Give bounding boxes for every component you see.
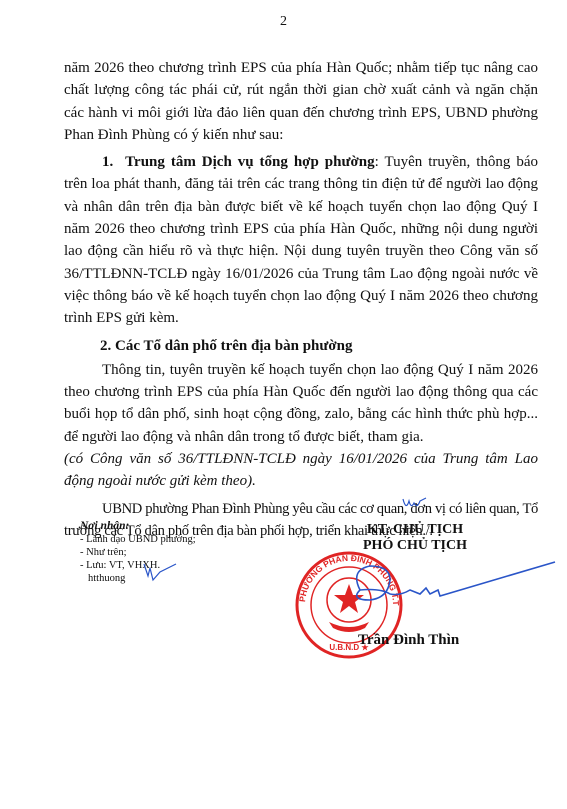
initials-signature-icon <box>140 560 180 590</box>
handwritten-signature-icon <box>330 560 560 620</box>
recipient-item: - Lãnh đạo UBND phường; <box>80 533 196 546</box>
intro-paragraph: năm 2026 theo chương trình EPS của phía … <box>64 57 538 146</box>
item-1-text: : Tuyên truyền, thông báo trên loa phát … <box>64 154 538 326</box>
document-body: năm 2026 theo chương trình EPS của phía … <box>64 57 538 542</box>
approval-initials-icon <box>400 495 430 515</box>
recipient-item: - Như trên; <box>80 546 196 559</box>
recipients-title: Nơi nhận <box>80 520 125 532</box>
signer-name: Trần Đình Thìn <box>358 632 459 649</box>
page-number: 2 <box>0 14 567 30</box>
attachment-note: (có Công văn số 36/TTLĐNN-TCLĐ ngày 16/0… <box>64 448 538 493</box>
signature-title-1: KT. CHỦ TỊCH <box>340 522 490 538</box>
item-2-heading: 2. Các Tổ dân phố trên địa bàn phường <box>64 335 538 357</box>
item-1-paragraph: 1. Trung tâm Dịch vụ tổng hợp phường: Tu… <box>64 151 538 329</box>
item-1-title: Trung tâm Dịch vụ tổng hợp phường <box>125 154 374 170</box>
item-1-number: 1. <box>102 154 113 170</box>
item-2-paragraph: Thông tin, tuyên truyền kế hoạch tuyển c… <box>64 359 538 448</box>
